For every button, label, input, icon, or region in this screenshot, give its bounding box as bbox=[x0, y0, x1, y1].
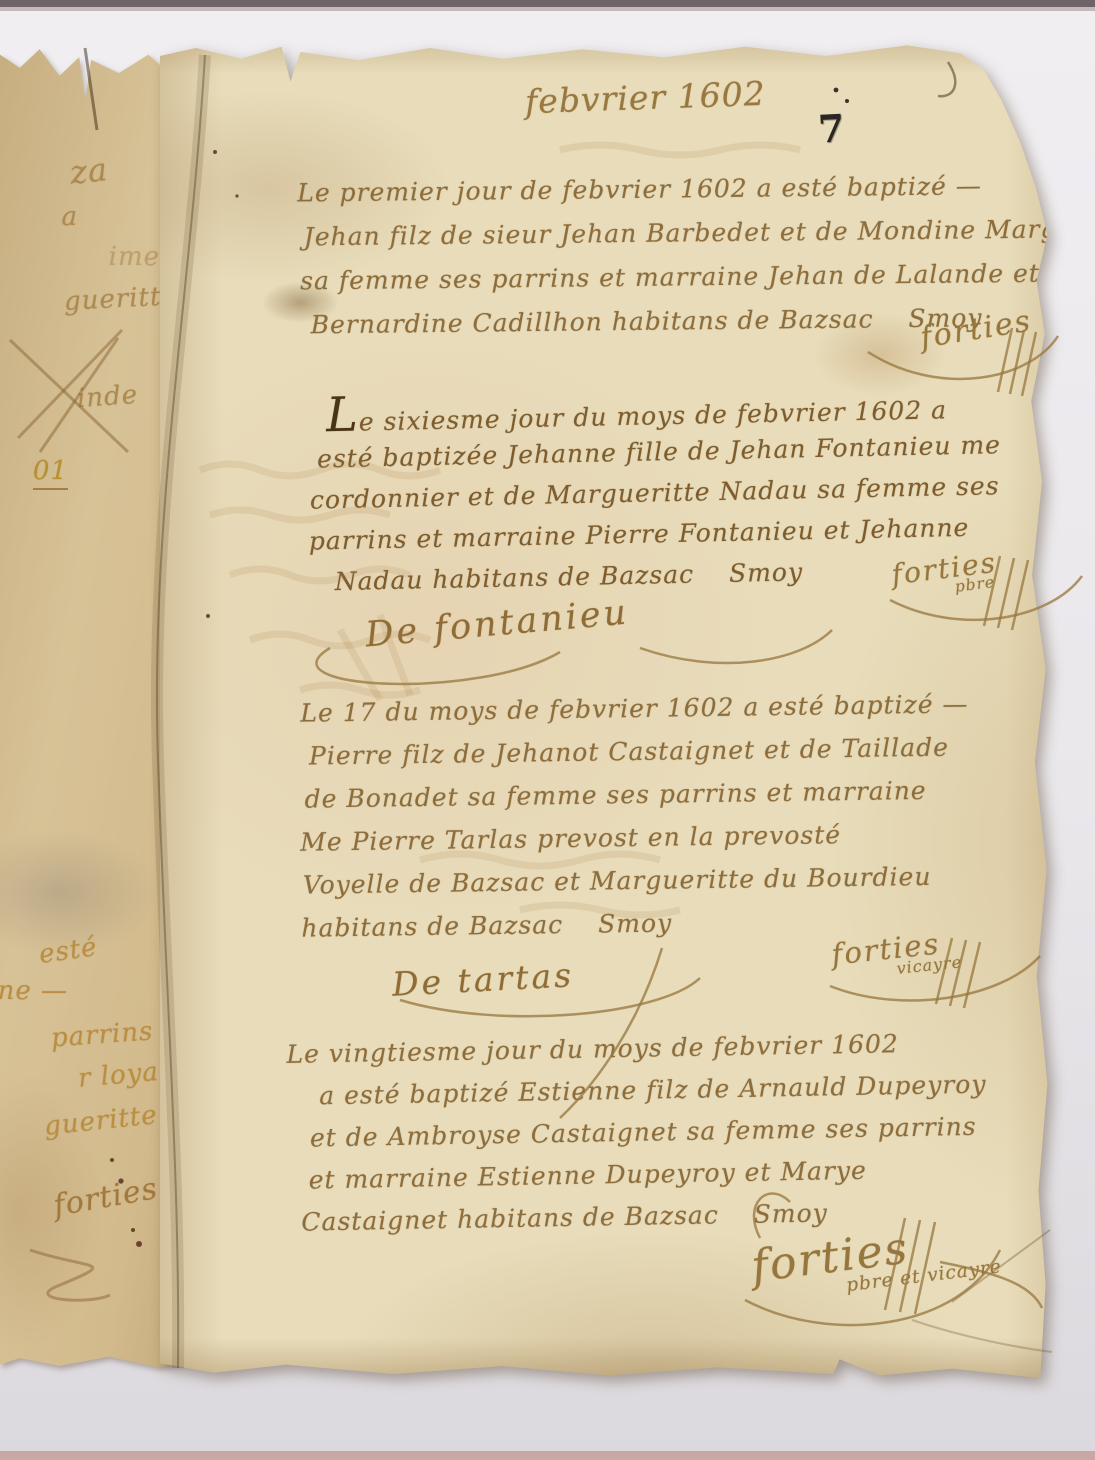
left-fragment-text: gueritte bbox=[43, 1100, 159, 1142]
folio-number: 7 bbox=[817, 105, 846, 151]
signature-title: vicayre bbox=[896, 954, 944, 978]
left-fragment-text: parrins bbox=[50, 1016, 154, 1053]
page-title: febvrier 1602 bbox=[524, 74, 766, 121]
left-fragment-text: inde bbox=[76, 380, 139, 414]
register-page: febvrier 1602 7 Le premier jour de febvr… bbox=[160, 40, 1060, 1378]
left-fragment-text: r loyal bbox=[77, 1056, 169, 1094]
left-fragment-text: 01 bbox=[33, 456, 68, 490]
left-fragment-signature: forties bbox=[50, 1171, 160, 1224]
mat-bottom-strip bbox=[0, 1451, 1095, 1460]
manuscript-scan: za a ime gueritte inde 01 esté ne — parr… bbox=[0, 0, 1095, 1460]
left-fragment-text: esté bbox=[38, 932, 100, 970]
register-line: sa femme ses parrins et marraine Jehan d… bbox=[300, 258, 1060, 311]
register-page-paper: febvrier 1602 7 Le premier jour de febvr… bbox=[160, 40, 1060, 1378]
baptism-entry: Le 17 du moys de febvrier 1602 a esté ba… bbox=[300, 689, 972, 956]
baptism-entry: Le vingtiesme jour du moys de febvrier 1… bbox=[286, 1028, 957, 1250]
left-fragment-text: za bbox=[68, 150, 110, 192]
left-fragment-text: a bbox=[61, 202, 78, 232]
left-fragment-text: ne — bbox=[0, 976, 68, 1006]
mat-top-line bbox=[0, 7, 1095, 11]
countersignature: De tartas bbox=[391, 955, 575, 1003]
priest-signature: forties vicayre bbox=[830, 926, 943, 984]
register-line: Le premier jour de febvrier 1602 a esté … bbox=[297, 170, 1060, 223]
mat-top-bar bbox=[0, 0, 1095, 7]
register-line: Jehan filz de sieur Jehan Barbedet et de… bbox=[304, 214, 1060, 267]
left-fragment-text: ime bbox=[109, 242, 160, 272]
